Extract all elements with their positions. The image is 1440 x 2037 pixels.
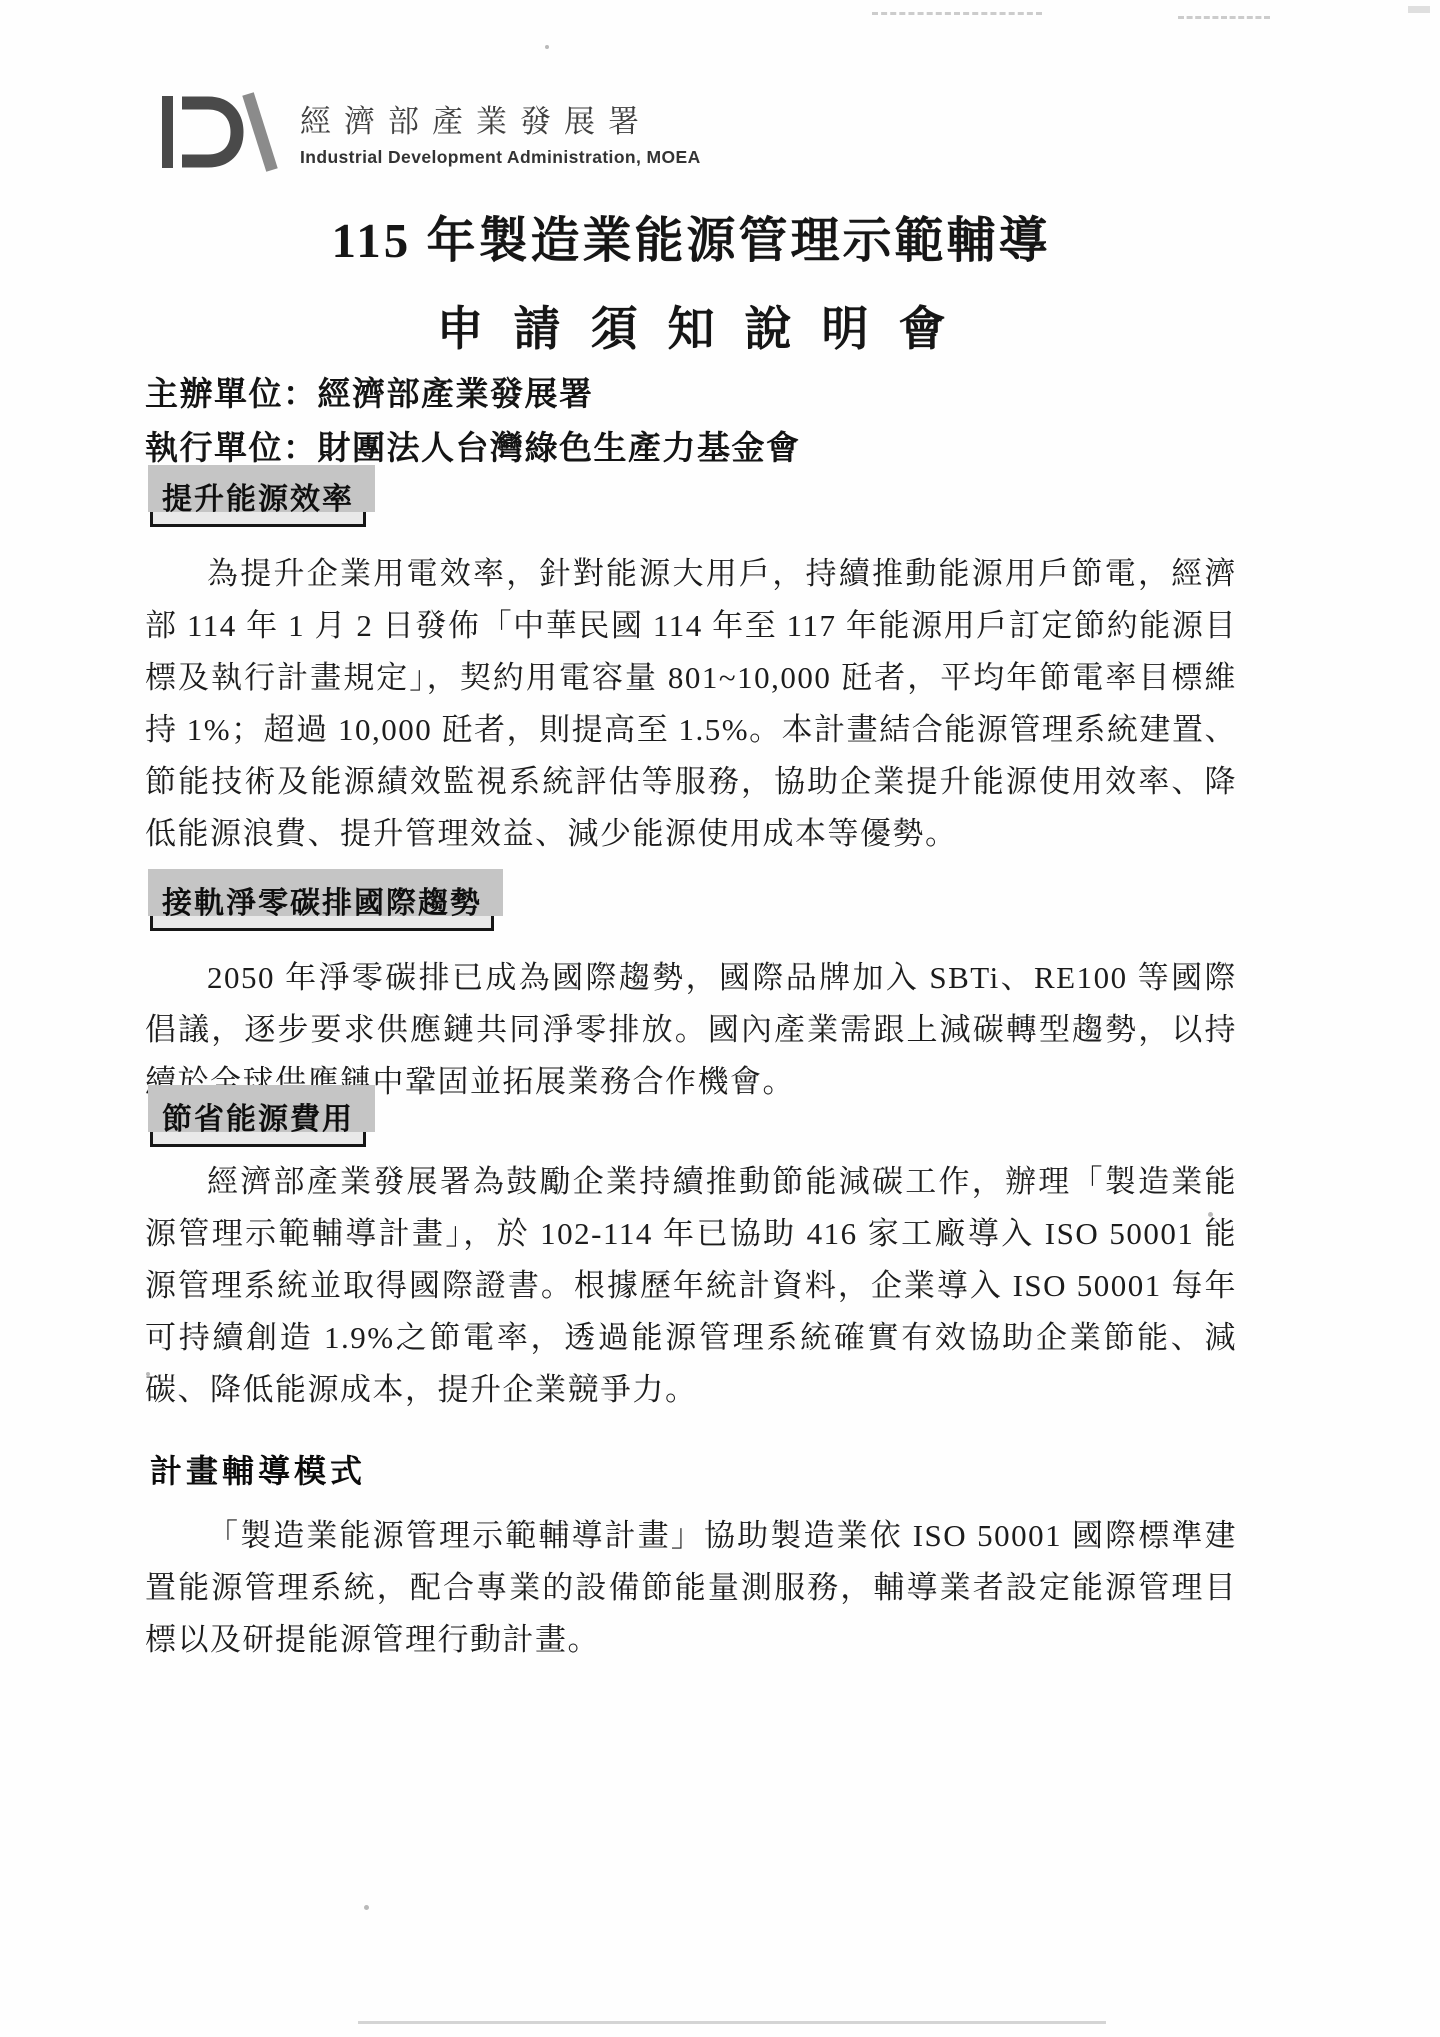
section-body-save-energy-cost: 經濟部產業發展署為鼓勵企業持續推動節能減碳工作，辦理「製造業能源管理示範輔導計畫… [145, 1156, 1237, 1416]
ida-logo-icon [160, 90, 282, 179]
scan-artifact-top-mark [1408, 6, 1430, 13]
section-heading-program-model: 計畫輔導模式 [150, 1446, 366, 1492]
agency-header: 經濟部產業發展署 Industrial Development Administ… [160, 86, 860, 196]
organizer-line: 主辦單位：經濟部產業發展署 [145, 368, 1237, 415]
section-body-program-model: 「製造業能源管理示範輔導計畫」協助製造業依 ISO 50001 國際標準建置能源… [145, 1510, 1237, 1666]
agency-name-en: Industrial Development Administration, M… [300, 147, 701, 168]
agency-name-zh: 經濟部產業發展署 [300, 96, 701, 141]
scan-artifact-top-dash-1 [872, 12, 1042, 15]
document-title-line2: 申請須知說明會 [145, 292, 1237, 359]
section-heading-energy-efficiency: 提升能源效率 [150, 476, 366, 527]
section-body-energy-efficiency: 為提升企業用電效率，針對能源大用戶，持續推動能源用戶節電，經濟部 114 年 1… [145, 548, 1237, 860]
document-title-line1: 115 年製造業能源管理示範輔導 [145, 202, 1237, 272]
section-heading-save-energy-cost: 節省能源費用 [150, 1096, 366, 1147]
scan-artifact-bottom-line [358, 2021, 1106, 2024]
scan-speck-4 [545, 45, 549, 49]
scan-speck-3 [364, 1905, 369, 1910]
section-heading-net-zero-trend: 接軌淨零碳排國際趨勢 [150, 880, 494, 931]
scan-artifact-top-dash-2 [1178, 16, 1270, 19]
executor-line: 執行單位：財團法人台灣綠色生產力基金會 [145, 422, 1237, 469]
